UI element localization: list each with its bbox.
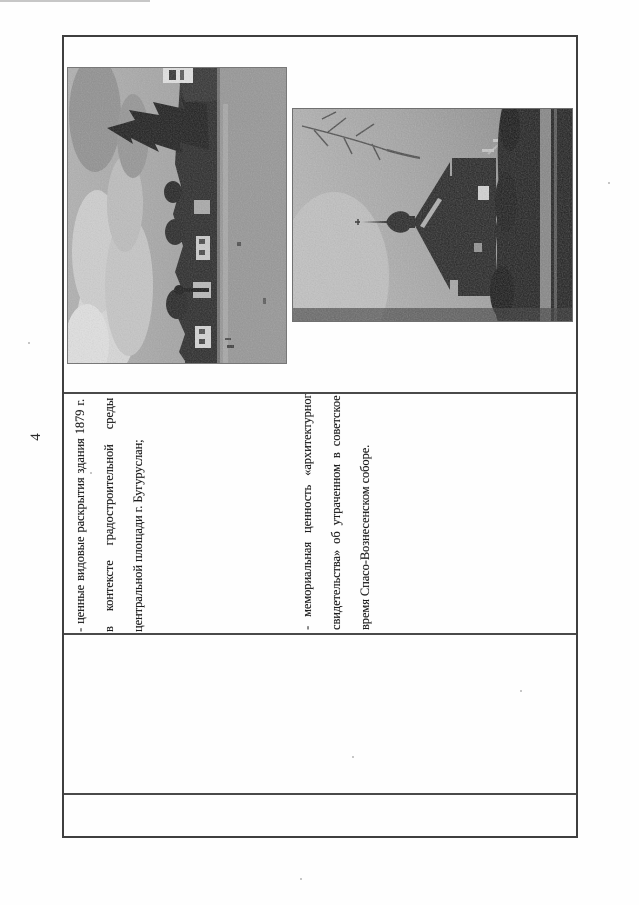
table-grid-line <box>64 793 576 795</box>
text-line: в контексте градостроительной среды <box>95 394 124 632</box>
scan-speck <box>90 472 92 474</box>
photo-cathedral <box>292 108 573 322</box>
entry-text-building-1879: - ценные видовые раскрытия здания 1879 г… <box>66 394 153 632</box>
scan-speck <box>28 342 30 344</box>
text-line: время Спасо-Вознесенском соборе. <box>351 394 380 630</box>
scan-speck <box>352 756 354 758</box>
text-line: - мемориальная ценность «архитектурного <box>293 394 322 630</box>
scan-speck <box>300 878 302 880</box>
table-grid-line <box>64 633 576 635</box>
entry-text-cathedral: - мемориальная ценность «архитектурного … <box>293 394 380 630</box>
photo-town-panorama <box>67 67 287 364</box>
text-line: - ценные видовые раскрытия здания 1879 г… <box>66 394 95 632</box>
scanned-page: 4 <box>0 0 639 905</box>
content-table: - ценные видовые раскрытия здания 1879 г… <box>62 35 578 838</box>
rotated-document: 4 <box>0 0 639 905</box>
text-line: центральной площади г. Бугуруслан; <box>124 394 153 632</box>
scan-speck <box>608 182 610 184</box>
page-number: 4 <box>28 417 45 457</box>
text-line: свидетельства» об утраченном в советское <box>322 394 351 630</box>
scan-speck <box>520 690 522 692</box>
